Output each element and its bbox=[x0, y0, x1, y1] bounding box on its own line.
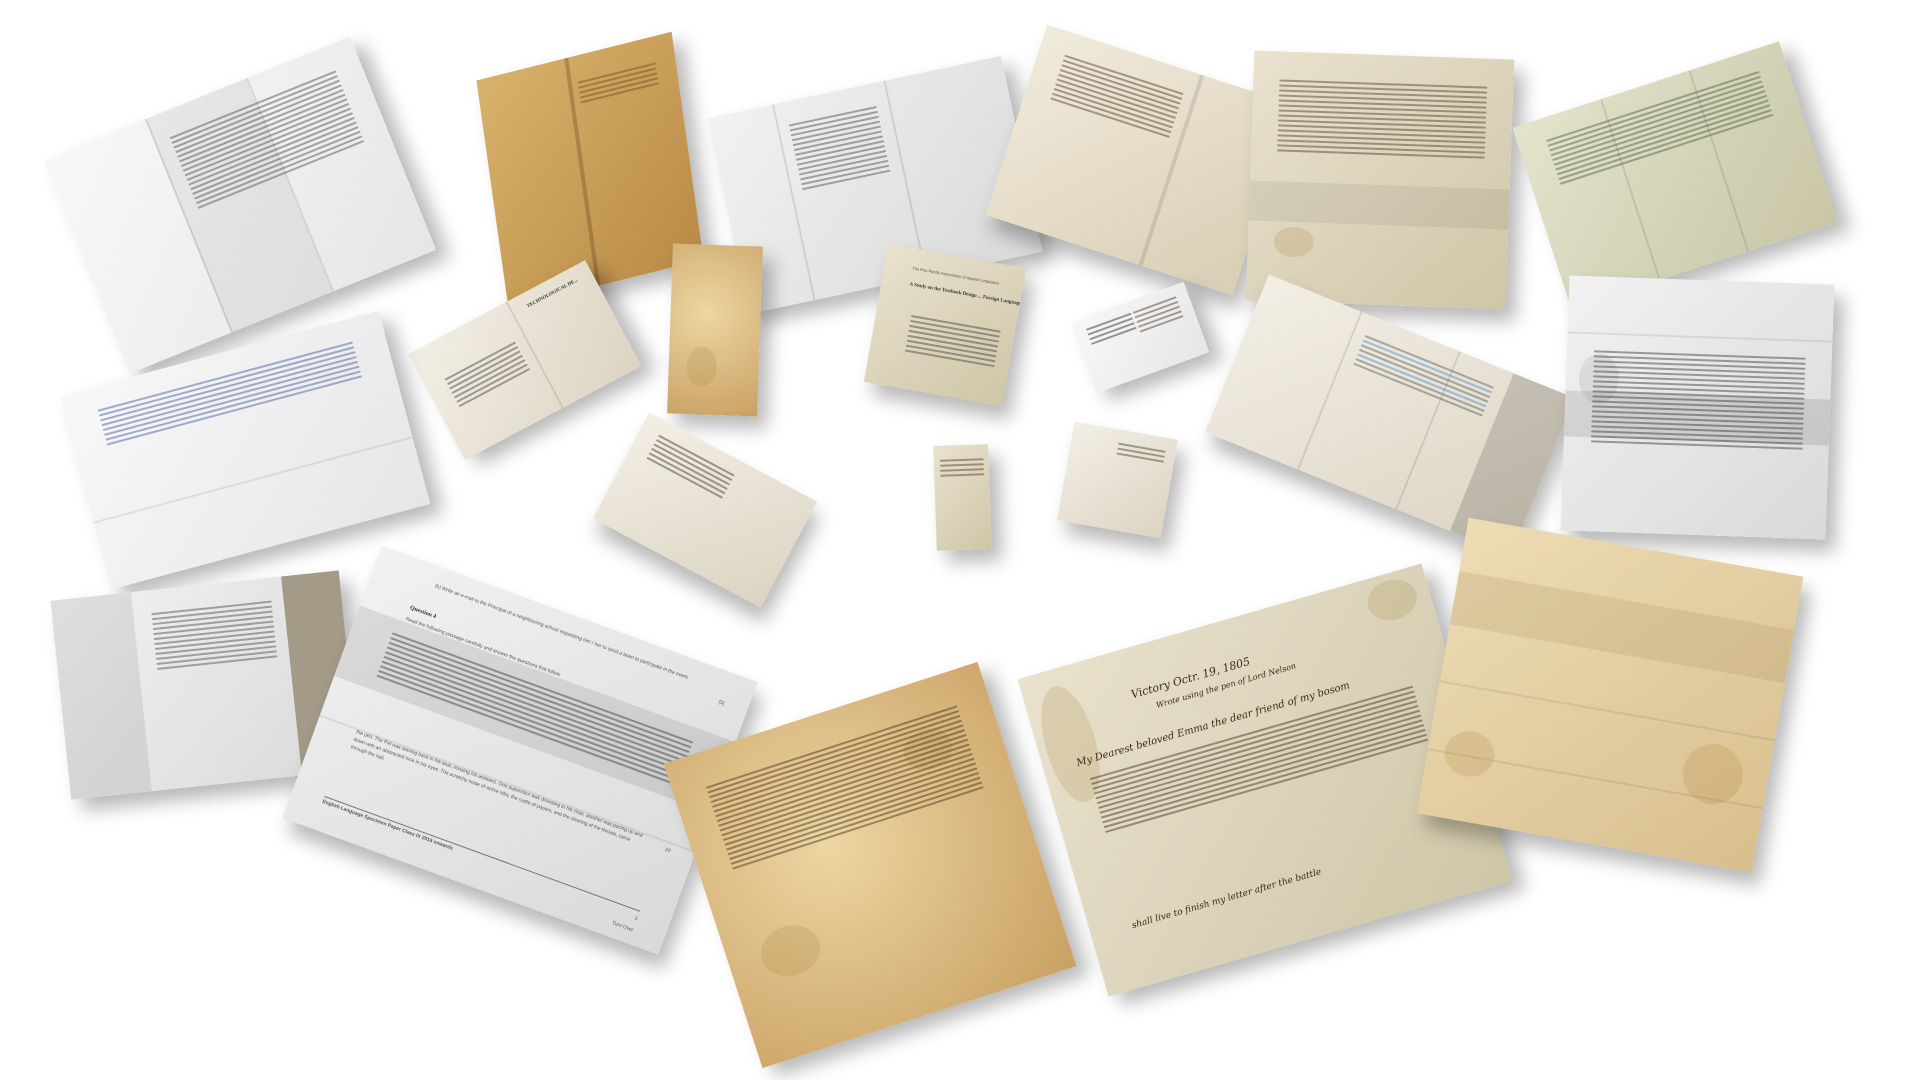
aged-folded-blank bbox=[667, 243, 763, 416]
stained-folded-blank bbox=[1417, 518, 1804, 872]
handwritten-folded-card bbox=[593, 412, 817, 607]
exam-marks-a: [5] bbox=[718, 699, 725, 707]
printed-letter-blue-highlights bbox=[1205, 274, 1575, 555]
exam-page-number: 3 bbox=[634, 916, 639, 923]
exam-marks-b: 20 bbox=[664, 846, 671, 854]
small-folded-strip bbox=[933, 444, 992, 551]
article-header: The Pan-Pacific Association of Applied L… bbox=[912, 265, 1000, 285]
aged-folded-note bbox=[476, 32, 703, 308]
handwritten-green-trifold bbox=[1512, 41, 1837, 308]
paper-collection-scene: TECHNOLOGICAL DE... The Pan-Pacific Asso… bbox=[0, 0, 1920, 1080]
printed-article-curled: The Pan-Pacific Association of Applied L… bbox=[864, 244, 1026, 406]
exam-turn-over: Turn Over bbox=[611, 920, 634, 933]
article-title: A Study on the Textbook Design ... Forei… bbox=[909, 282, 1022, 307]
small-folded-note bbox=[1057, 422, 1178, 539]
printed-letter-inverted-stained bbox=[1561, 275, 1835, 539]
printed-exam-paper: (b) Write an e-mail to the Principal of … bbox=[282, 545, 757, 954]
handwritten-aged-sheet bbox=[1246, 51, 1515, 310]
handwritten-blue-ink-letter bbox=[60, 311, 431, 590]
exam-footer: English Language Specimen Paper Class IX… bbox=[321, 799, 453, 852]
handwritten-red-black-note bbox=[1071, 282, 1209, 394]
